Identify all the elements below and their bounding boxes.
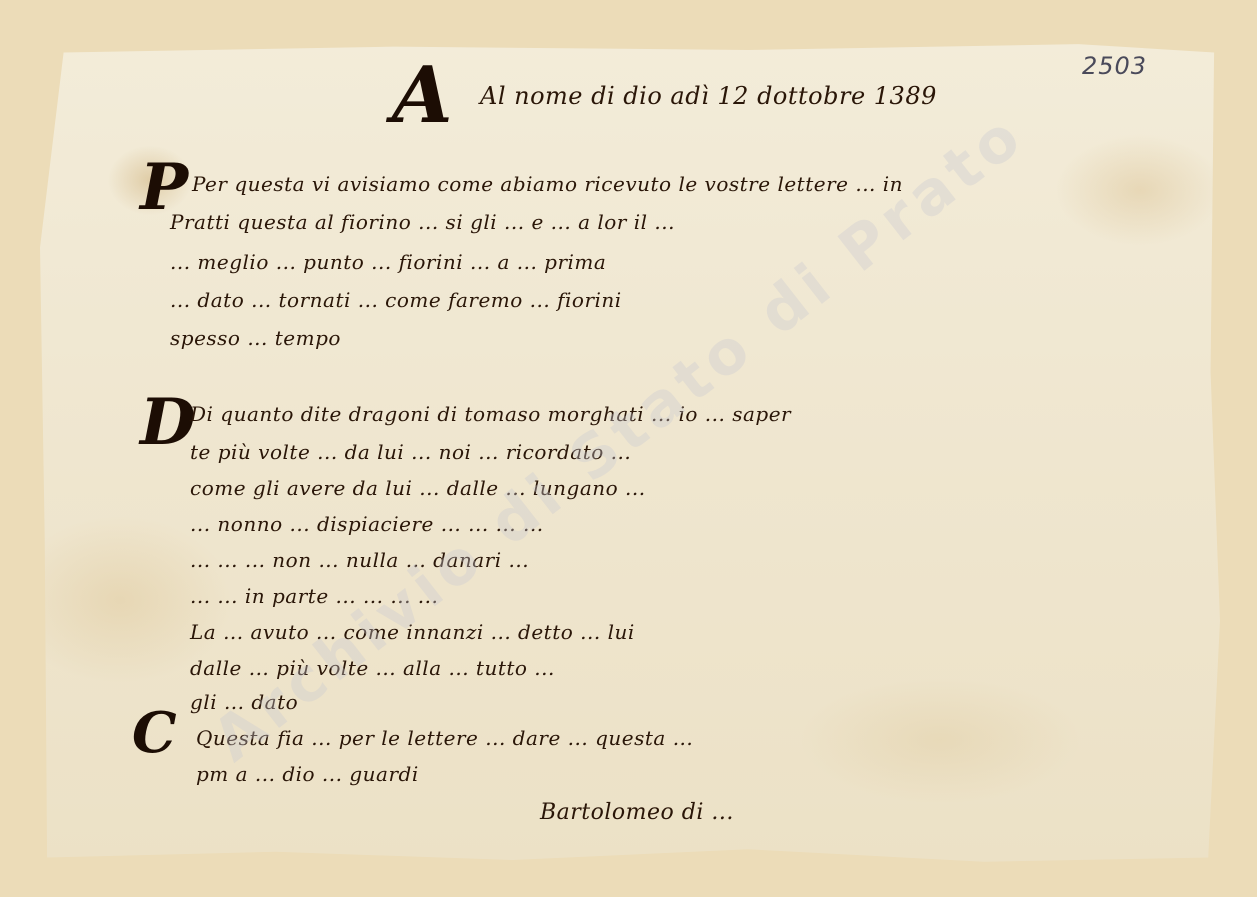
heading-line: Al nome di dio adì 12 dottobre 1389 (480, 82, 937, 110)
initial-a: A (392, 50, 453, 141)
signature: Bartolomeo di ... (540, 800, 734, 825)
text-line: spesso ... tempo (170, 326, 341, 350)
text-line: Per questa vi avisiamo come abiamo ricev… (192, 172, 903, 196)
text-line: ... meglio ... punto ... fiorini ... a .… (170, 250, 606, 274)
archive-number: 2503 (1082, 52, 1147, 80)
initial-d: D (140, 385, 196, 460)
text-line: ... dato ... tornati ... come faremo ...… (170, 288, 622, 312)
text-line: Pratti questa al fiorino ... si gli ... … (170, 210, 675, 234)
initial-c: C (132, 700, 177, 766)
text-line: pm a ... dio ... guardi (196, 762, 419, 786)
